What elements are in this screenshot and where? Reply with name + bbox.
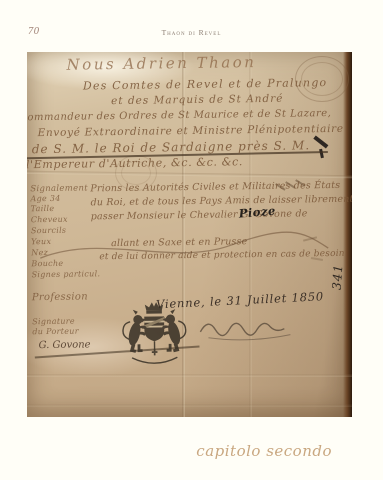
doc-title-line: Des Comtes de Revel et de Pralungo: [83, 76, 328, 92]
doc-title-line: Nous Adrien Thaon: [66, 53, 256, 74]
chapter-label: capitolo secondo: [196, 442, 332, 460]
doc-body-line: du Roi, et de tous les Pays Amis de lais…: [90, 194, 352, 209]
signature-label: Signature: [32, 317, 75, 327]
book-page: 70 Thaon di Revel Nous Adrien Thaon Des …: [0, 0, 383, 480]
document-text-layer: Nous Adrien Thaon Des Comtes de Revel et…: [27, 52, 352, 417]
official-signature-scrawl: [198, 314, 298, 341]
ribbon-flourish: [132, 357, 177, 363]
signalement-field: Profession: [32, 291, 88, 303]
signalement-field: Taille: [31, 204, 55, 213]
lion-right-icon: [162, 309, 186, 352]
doc-title-line: Envoyé Extraordinaire et Ministre Plénip…: [37, 123, 343, 139]
order-pendant-icon: [152, 341, 158, 355]
signalement-field: Age 34: [30, 194, 60, 203]
margin-number: 341: [330, 264, 346, 291]
running-title: Thaon di Revel: [0, 28, 383, 37]
coat-of-arms: [118, 299, 191, 392]
doc-title-line: et des Marquis de St André: [111, 93, 284, 107]
signalement-title: Signalement: [30, 183, 88, 194]
document-photograph: Nous Adrien Thaon Des Comtes de Revel et…: [27, 52, 352, 417]
bearer-signature: G. Govone: [38, 339, 90, 351]
doc-title-line: Commandeur des Ordres de St Maurice et d…: [27, 108, 331, 123]
ink-flourish-curve: [32, 222, 333, 271]
doc-body-line: Prions les Autorités Civiles et Militair…: [90, 180, 340, 194]
crown-icon: [145, 302, 164, 314]
signature-label: du Porteur: [32, 327, 79, 337]
lion-left-icon: [123, 310, 147, 353]
signalement-field: Cheveux: [31, 215, 68, 225]
doc-title-line: l'Empereur d'Autriche, &c. &c. &c.: [27, 155, 243, 171]
